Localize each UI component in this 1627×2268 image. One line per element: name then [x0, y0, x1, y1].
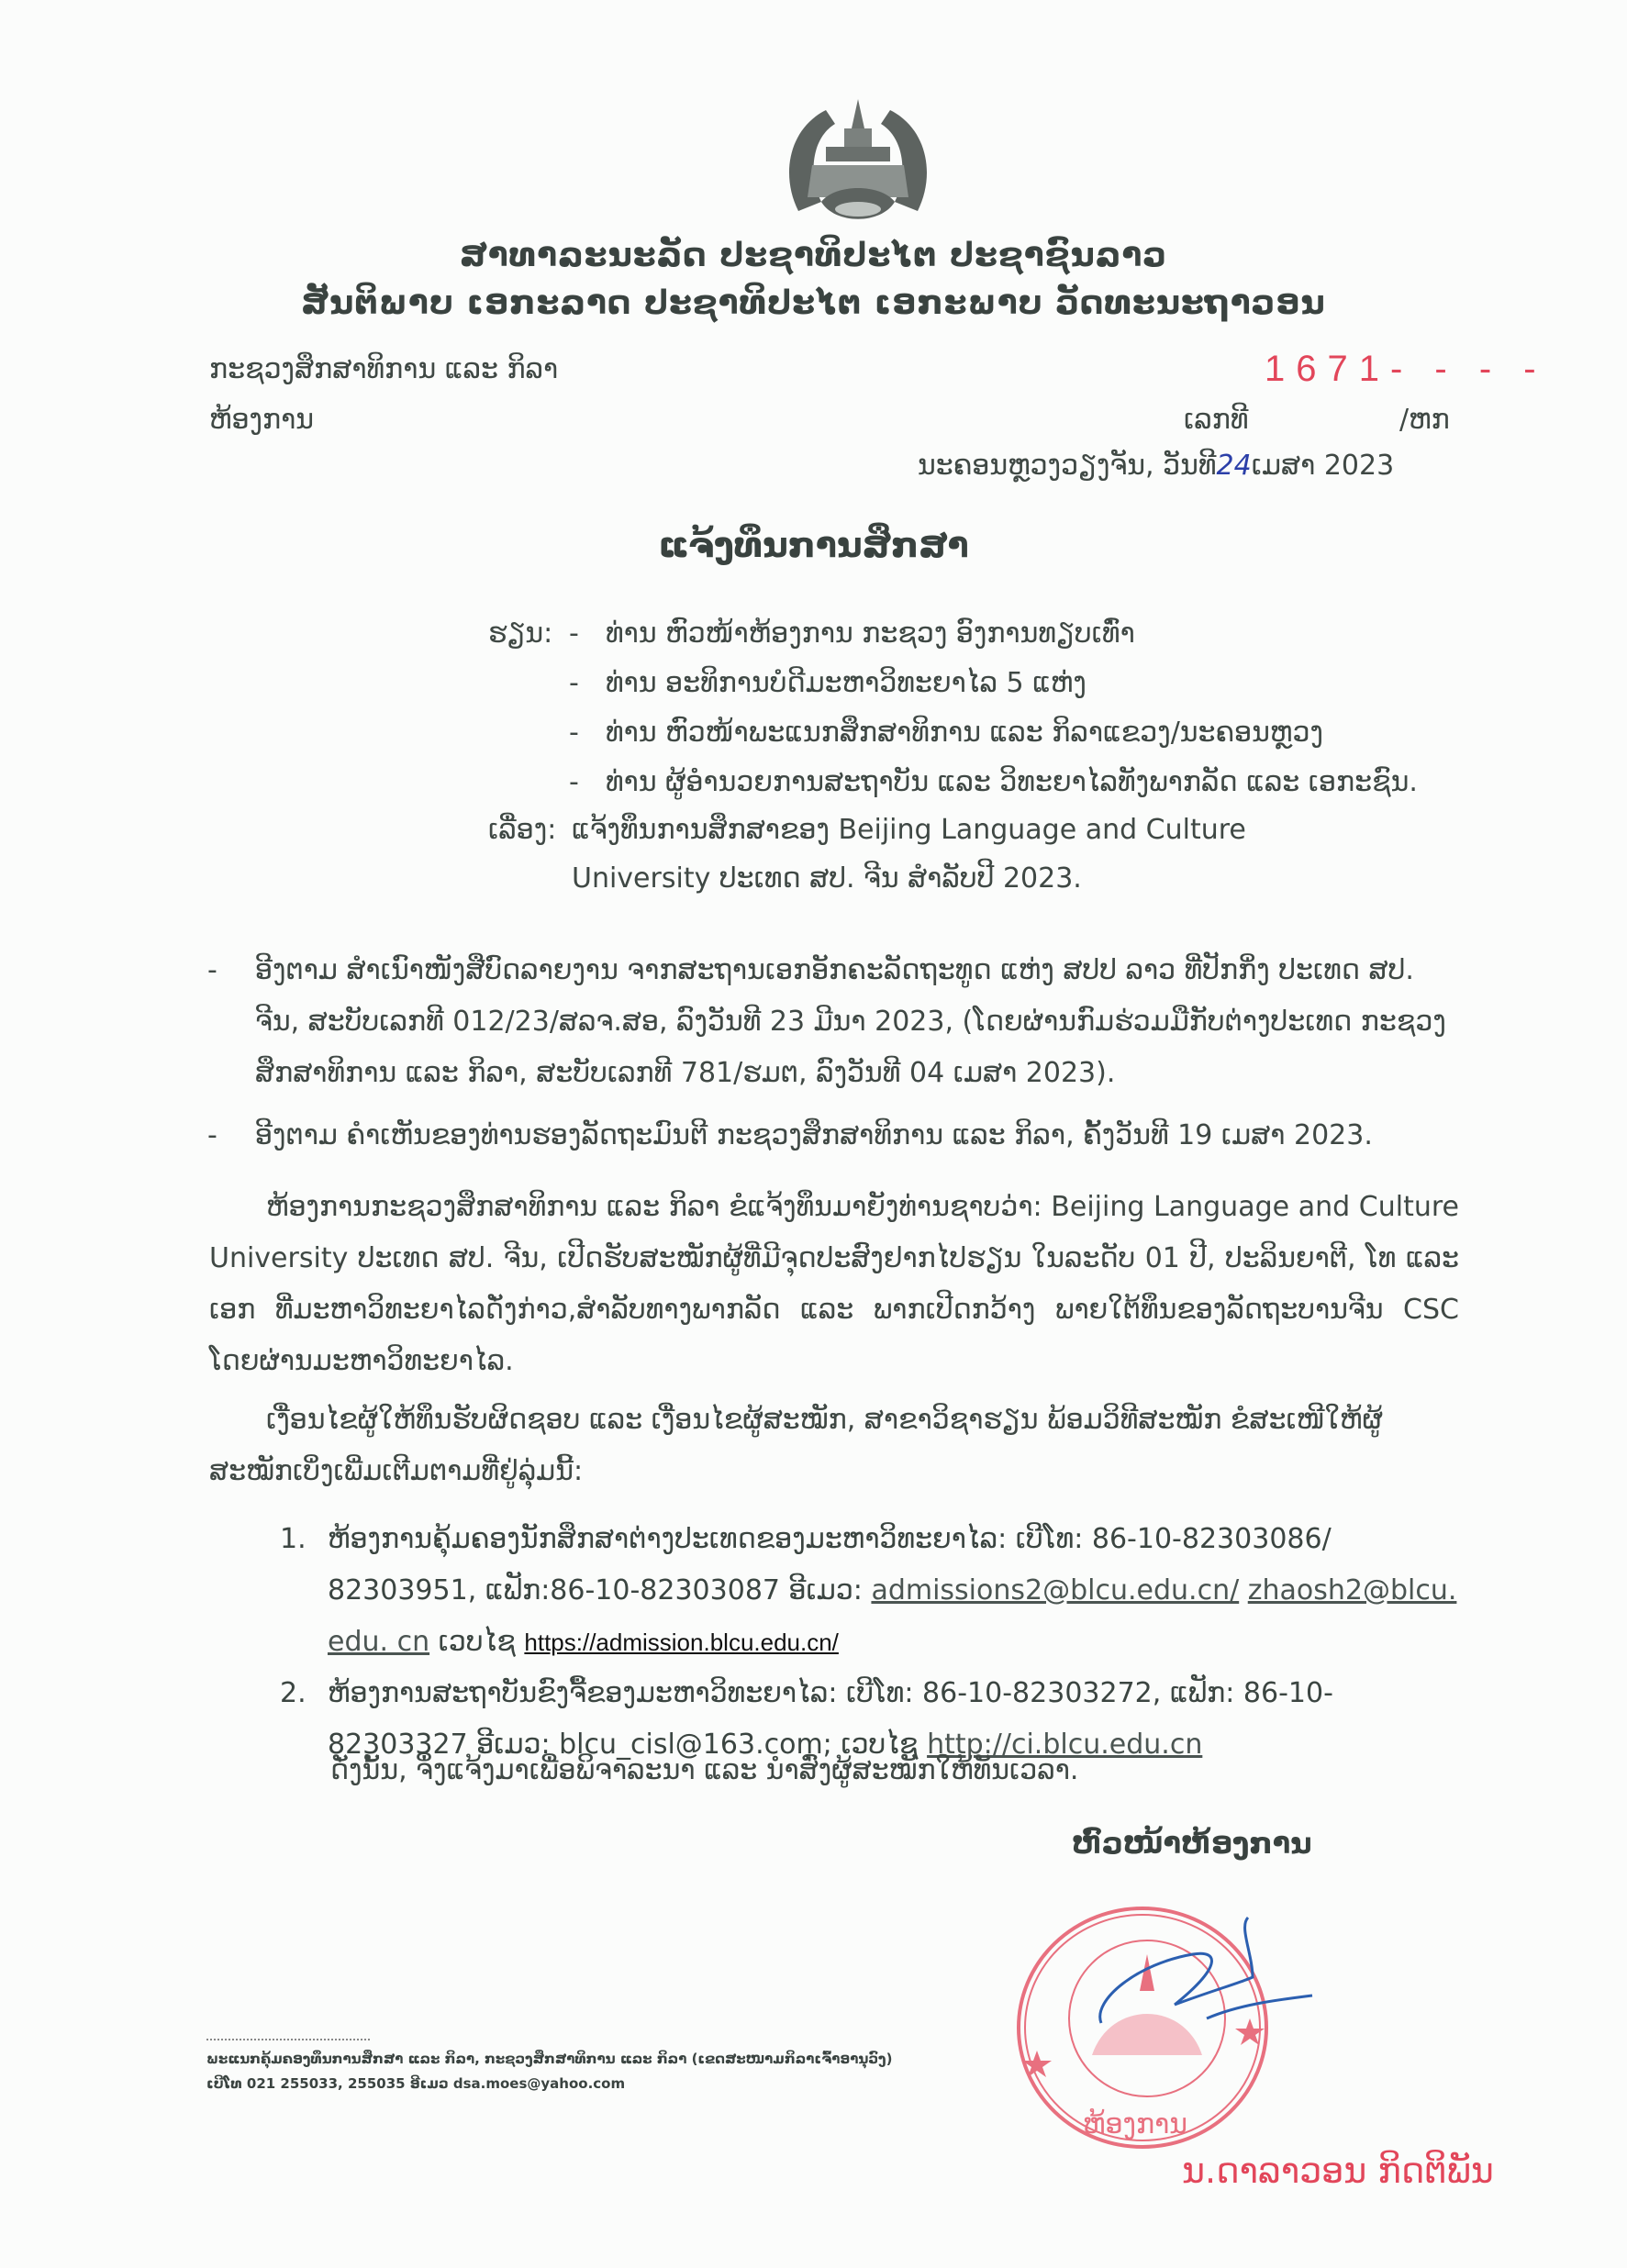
handwritten-signature-icon: [1083, 1899, 1321, 2037]
footer-department: ພະແນກຄຸ້ມຄອງທຶນການສຶກສາ ແລະ ກິລາ, ກະຊວງສ…: [206, 2051, 892, 2067]
footer-divider: [206, 2039, 370, 2040]
contact-item: 1. ຫ້ອງການຄຸ້ມຄອງນັກສຶກສາຕ່າງປະເທດຂອງມະຫ…: [280, 1514, 1464, 1668]
country-name-heading: ສາທາລະນະລັດ ປະຊາທິປະໄຕ ປະຊາຊົນລາວ: [0, 237, 1627, 274]
signer-name: ນ.ດາລາວອນ ກິດຕິພັນ: [1182, 2151, 1494, 2191]
national-motto-heading: ສັນຕິພາບ ເອກະລາດ ປະຊາທິປະໄຕ ເອກະພາບ ວັດທ…: [0, 284, 1627, 322]
place-date-prefix: ນະຄອນຫຼວງວຽງຈັນ, ວັນທີ: [918, 450, 1217, 482]
reference-number-suffix: /ຫກ: [1399, 404, 1450, 436]
subject-label: ເລື່ອງ:: [488, 814, 556, 846]
subject-line-1: ແຈ້ງທຶນການສຶກສາຂອງ Beijing Language and …: [572, 814, 1246, 846]
website-link[interactable]: https://admission.blcu.edu.cn/: [524, 1629, 839, 1656]
subject-line-2: University ປະເທດ ສປ. ຈີນ ສໍາລັບປີ 2023.: [572, 862, 1082, 895]
body-paragraph-1: ຫ້ອງການກະຊວງສຶກສາທິການ ແລະ ກິລາ ຂໍແຈ້ງທຶ…: [209, 1182, 1459, 1387]
recipient-item: -ທ່ານ ຫົວໜ້າພະແນກສຶກສາທິການ ແລະ ກິລາແຂວງ…: [606, 717, 1323, 749]
document-title: ແຈ້ງທຶນການສຶກສາ: [0, 525, 1627, 565]
place-and-date: ນະຄອນຫຼວງວຽງຈັນ, ວັນທີ24ເມສາ 2023: [918, 450, 1394, 482]
handwritten-day: 24: [1217, 450, 1252, 482]
signatory-title: ຫົວໜ້າຫ້ອງການ: [1072, 1826, 1311, 1861]
contact-list: 1. ຫ້ອງການຄຸ້ມຄອງນັກສຶກສາຕ່າງປະເທດຂອງມະຫ…: [280, 1514, 1464, 1771]
issuing-office: ຫ້ອງການ: [209, 404, 314, 436]
recipient-item: -ທ່ານ ຜູ້ອໍານວຍການສະຖາບັນ ແລະ ວິທະຍາໄລທັ…: [606, 766, 1418, 798]
reference-paragraph: -ອີງຕາມ ສໍາເນົາໜັງສືບົດລາຍງານ ຈາກສະຖານເອ…: [255, 945, 1459, 1099]
recipients-label: ຮຽນ:: [488, 617, 552, 650]
place-date-suffix: ເມສາ 2023: [1252, 450, 1394, 482]
reference-number-label: ເລກທີ: [1184, 404, 1249, 436]
closing-sentence: ດັ່ງນັ້ນ, ຈຶ່ງແຈ້ງມາເພື່ອພິຈາລະນາ ແລະ ນໍ…: [330, 1754, 1078, 1786]
email-link[interactable]: admissions2@blcu.edu.cn/: [871, 1574, 1239, 1606]
recipient-item: -ທ່ານ ຫົວໜ້າຫ້ອງການ ກະຊວງ ອົງການທຽບເທົ່າ: [606, 617, 1135, 650]
body-paragraph-2: ເງື່ອນໄຂຜູ້ໃຫ້ທຶນຮັບຜິດຊອບ ແລະ ເງື່ອນໄຂຜ…: [209, 1395, 1459, 1497]
stamped-reference-number: 1671- - - -: [1265, 349, 1547, 390]
issuing-ministry: ກະຊວງສຶກສາທິການ ແລະ ກິລາ: [209, 353, 558, 385]
svg-text:ຫ້ອງການ: ຫ້ອງການ: [1083, 2107, 1187, 2140]
recipient-item: -ທ່ານ ອະທິການບໍດີມະຫາວິທະຍາໄລ 5 ແຫ່ງ: [606, 667, 1087, 699]
lao-emblem-icon: [771, 92, 945, 239]
footer-contact: ເບີໂທ 021 255033, 255035 ອີເມວ dsa.moes@…: [206, 2075, 625, 2092]
reference-paragraph: -ອີງຕາມ ຄໍາເຫັນຂອງທ່ານຮອງລັດຖະມົນຕີ ກະຊວ…: [255, 1110, 1459, 1162]
